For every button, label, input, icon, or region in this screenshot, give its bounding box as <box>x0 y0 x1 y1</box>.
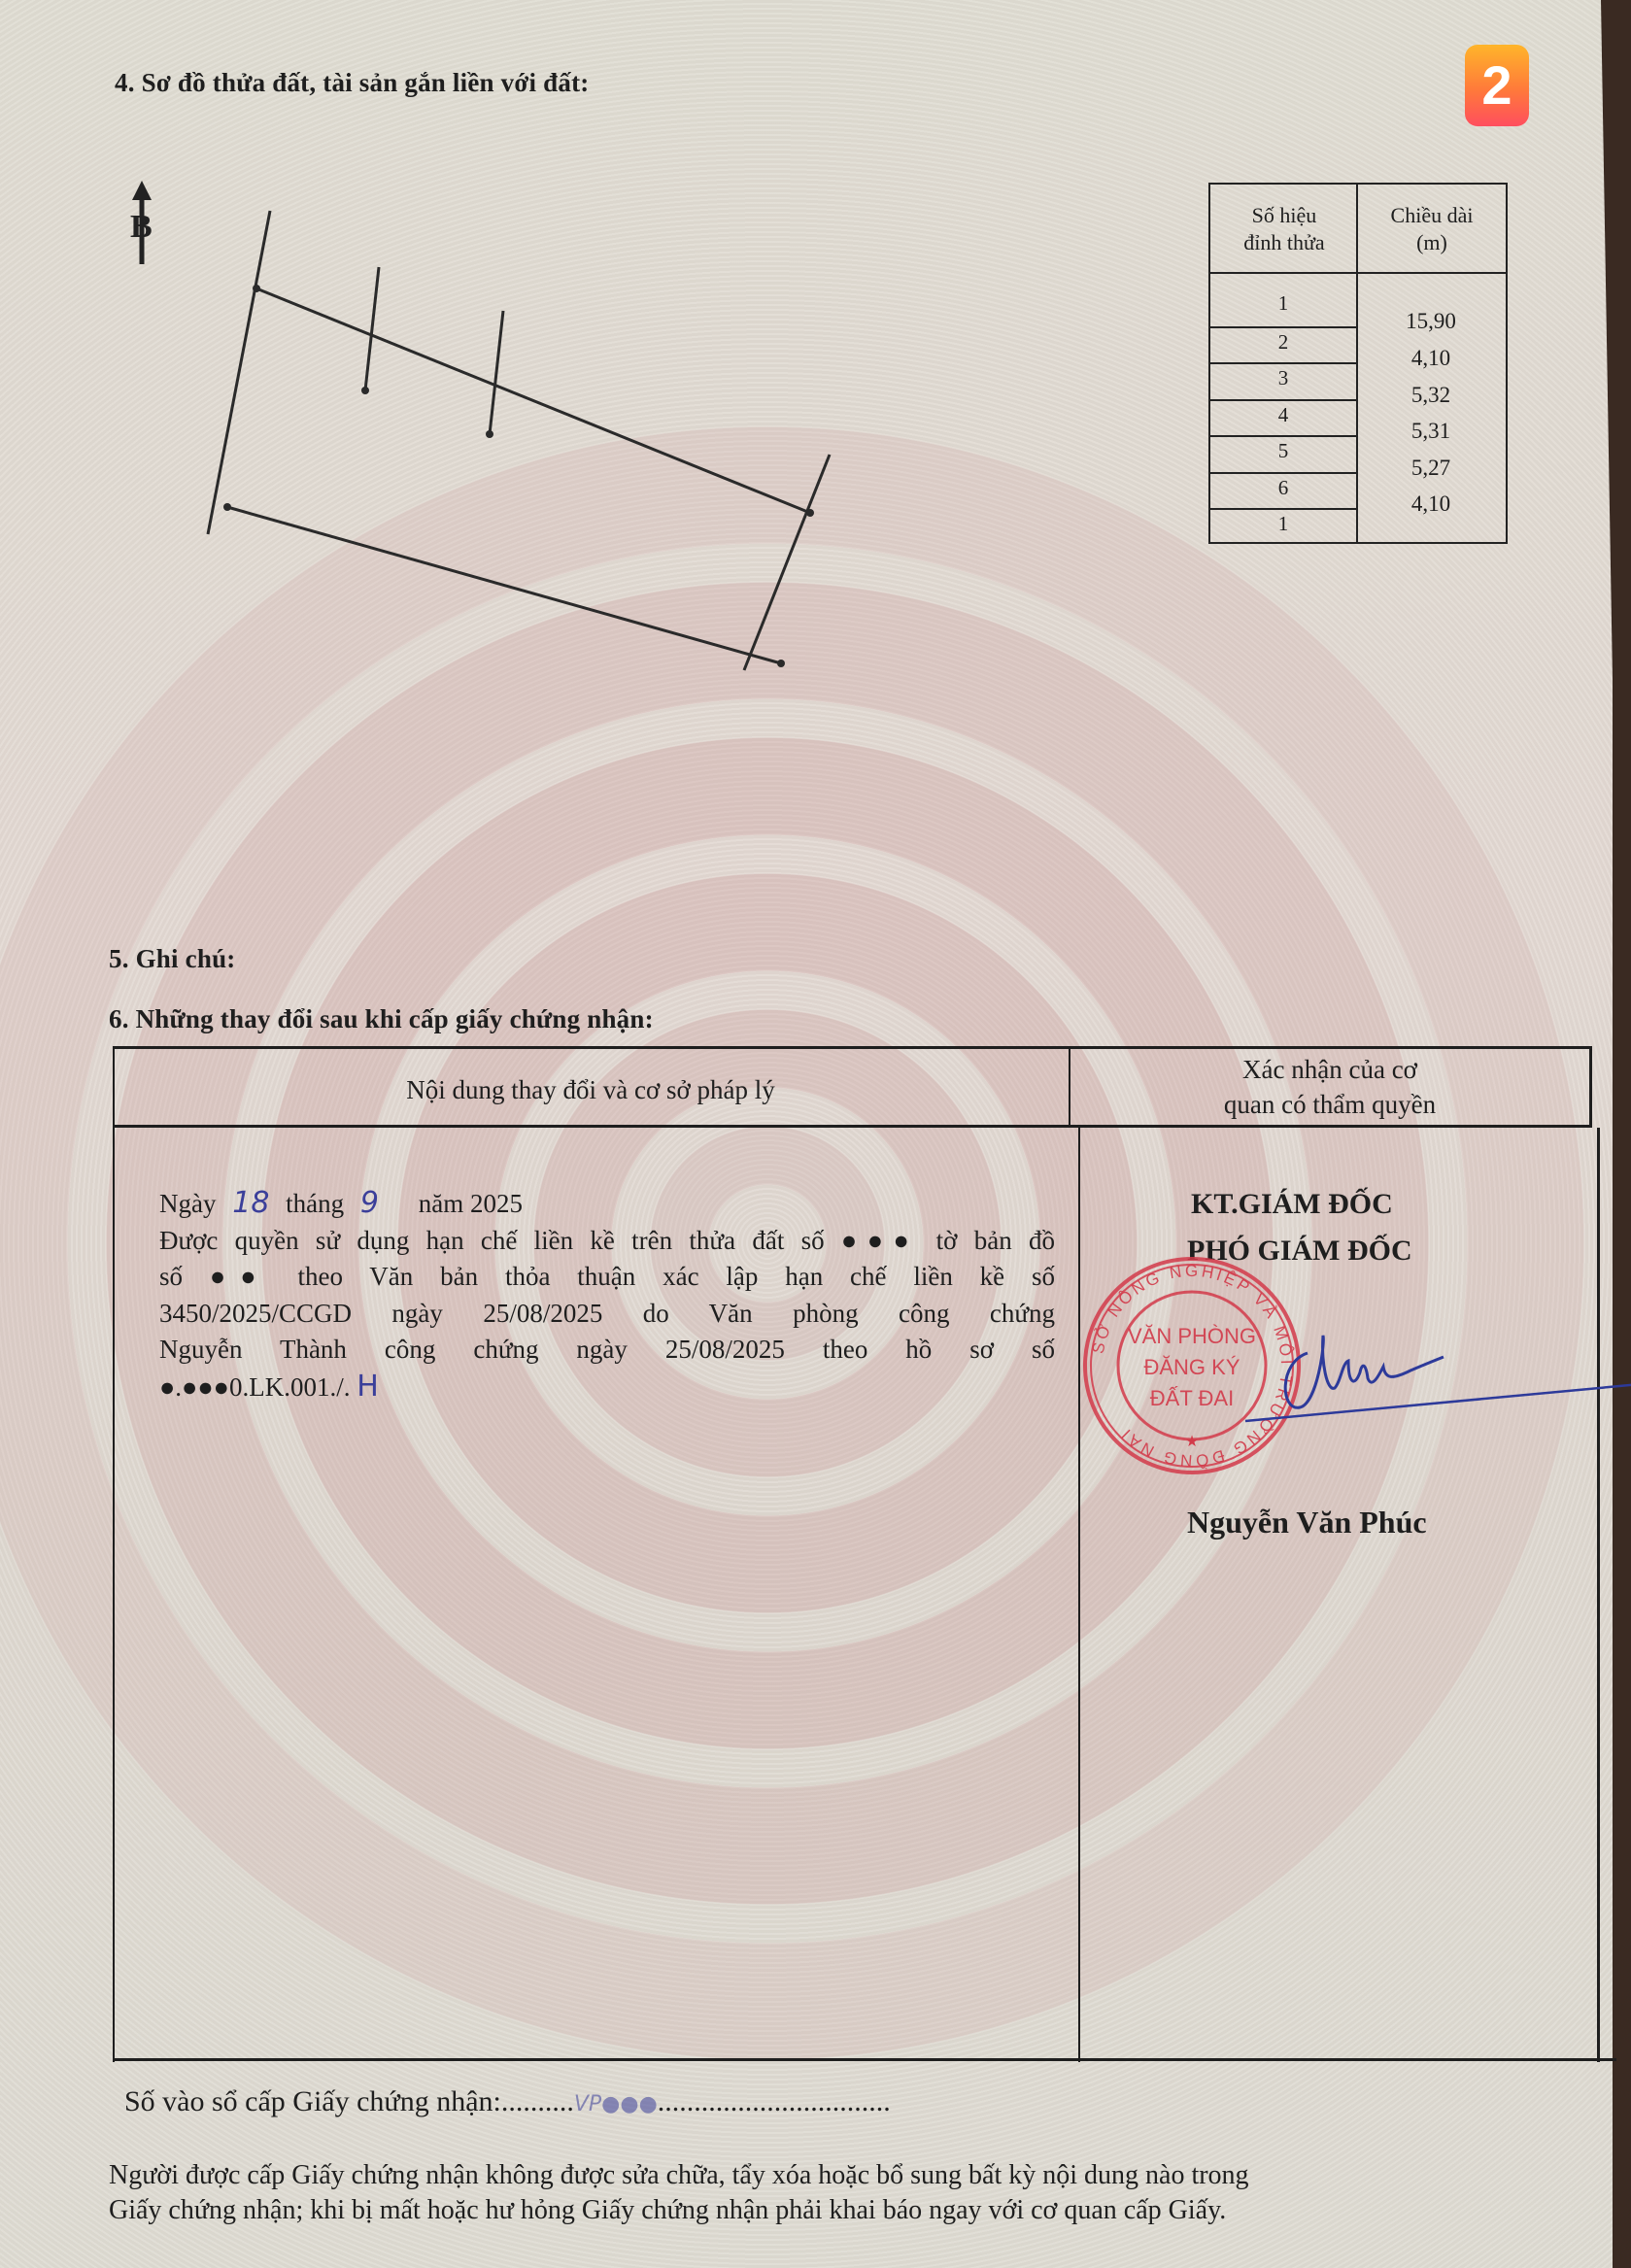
changes-header-confirmation: Xác nhận của cơ quan có thẩm quyền <box>1070 1052 1589 1122</box>
svg-text:ĐẤT ĐAI: ĐẤT ĐAI <box>1150 1386 1234 1410</box>
vertex-table-header-point: Số hiệuđỉnh thửa <box>1210 185 1358 274</box>
vertex-point: 5 <box>1210 439 1356 463</box>
handwritten-signature <box>1240 1324 1631 1431</box>
edge-length: 5,27 <box>1358 456 1504 481</box>
vertex-point: 2 <box>1210 330 1356 355</box>
vertex-point: 3 <box>1210 366 1356 390</box>
section-6-title: 6. Những thay đổi sau khi cấp giấy chứng… <box>109 1004 654 1034</box>
footer-notice: Người được cấp Giấy chứng nhận không đượ… <box>109 2158 1527 2228</box>
svg-text:★: ★ <box>1185 1434 1199 1450</box>
section-4-title: 4. Sơ đồ thửa đất, tài sản gắn liền với … <box>115 68 590 98</box>
svg-text:ĐĂNG KÝ: ĐĂNG KÝ <box>1143 1355 1240 1379</box>
registry-line: Số vào sổ cấp Giấy chứng nhận:..........… <box>124 2084 891 2122</box>
handwritten-day: 18 <box>232 1186 269 1220</box>
signer-name: Nguyễn Văn Phúc <box>1187 1505 1427 1540</box>
edge-length: 5,31 <box>1358 419 1504 444</box>
signer-authority-title: KT.GIÁM ĐỐC <box>1191 1188 1393 1221</box>
land-plot-diagram: B <box>117 175 855 748</box>
change-entry-date: Ngày 18 tháng 9 năm 2025 <box>159 1185 1055 1223</box>
change-entry: Ngày 18 tháng 9 năm 2025 Được quyền sử d… <box>159 1185 1055 1405</box>
edge-length: 4,10 <box>1358 491 1504 517</box>
vertex-table-header-length: Chiều dài(m) <box>1358 185 1506 274</box>
handwritten-month: 9 <box>360 1186 379 1220</box>
vertex-length-table: Số hiệuđỉnh thửa Chiều dài(m) 1 2 3 4 5 … <box>1208 183 1508 544</box>
north-arrow-icon: B <box>130 181 153 264</box>
vertex-point: 4 <box>1210 403 1356 427</box>
vertex-point: 1 <box>1210 291 1356 316</box>
page-number-badge: 2 <box>1465 45 1529 126</box>
section-5-title: 5. Ghi chú: <box>109 944 235 974</box>
vertex-point: 6 <box>1210 476 1356 500</box>
edge-length: 4,10 <box>1358 346 1504 371</box>
changes-table: Nội dung thay đổi và cơ sở pháp lý Xác n… <box>113 1042 1616 2062</box>
registry-value: VP●●● <box>574 2092 658 2116</box>
handwritten-initial: H <box>357 1370 379 1404</box>
svg-text:B: B <box>130 209 153 245</box>
svg-text:VĂN PHÒNG: VĂN PHÒNG <box>1128 1324 1256 1348</box>
edge-length: 5,32 <box>1358 383 1504 408</box>
registry-label: Số vào sổ cấp Giấy chứng nhận: <box>124 2085 501 2117</box>
dossier-number: ●.●●●0.LK.001./. <box>159 1372 350 1402</box>
vertex-point: 1 <box>1210 512 1356 536</box>
edge-length: 15,90 <box>1358 309 1504 334</box>
changes-header-content: Nội dung thay đổi và cơ sở pháp lý <box>113 1056 1069 1124</box>
